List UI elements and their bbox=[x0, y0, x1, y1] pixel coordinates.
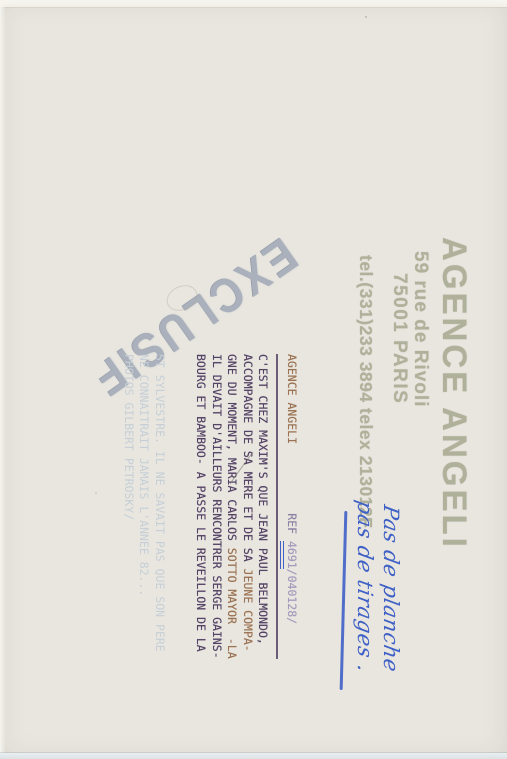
paper-edge-left bbox=[0, 0, 6, 759]
typed-text-segment: IL DEVAIT D'AILLEURS RENCONTRER SERGE GA… bbox=[210, 354, 224, 659]
typed-line: IL DEVAIT D'AILLEURS RENCONTRER SERGE GA… bbox=[209, 354, 225, 662]
typed-line: ACCOMPAGNE DE SA MERE ET DE SA JEUNE COM… bbox=[240, 354, 256, 662]
typed-text-segment: SOTTO MAYOR -LA bbox=[226, 548, 240, 659]
typed-separator-rule bbox=[277, 354, 279, 659]
typed-caption-block: AGENCE ANGELI REF 4691/040128/C'EST CHEZ… bbox=[148, 354, 330, 662]
typed-text-segment: /040128/ bbox=[285, 569, 299, 624]
typed-line: ST SYLVESTRE. IL NE SAVAIT PAS QUE SON P… bbox=[152, 354, 168, 662]
ref-number-underlined: 4691 bbox=[280, 541, 299, 569]
agency-stamp-city: 75001 PARIS bbox=[389, 273, 410, 525]
agency-stamp-phone: tel.(331)233 3894 telex 213012F bbox=[356, 255, 375, 525]
typed-text-segment: JEUNE COMPA- bbox=[241, 569, 255, 652]
typed-text-segment bbox=[285, 444, 299, 513]
typed-text-segment: C'EST CHEZ MAXIM'S QUE JEAN PAUL BELMOND… bbox=[257, 354, 271, 645]
photo-back-paper: EXCLUSIF AGENCE ANGELI 59 rue de Rivoli … bbox=[0, 0, 507, 759]
agency-stamp-name: AGENCE ANGELI bbox=[436, 237, 473, 525]
typed-text-segment: ACCOMPAGNE DE SA MERE ET DE SA bbox=[241, 354, 255, 569]
paper-edge-bottom bbox=[0, 753, 507, 759]
typed-line: BOURG ET BAMBOO- A PASSE LE REVEILLON DE… bbox=[193, 354, 209, 662]
typed-text-segment: GNE DU MOMENT, MARIA CARLOS bbox=[226, 354, 240, 548]
handwritten-line-1: Pas de planche bbox=[378, 503, 404, 673]
dust-speck bbox=[362, 622, 364, 624]
typed-lines: AGENCE ANGELI REF 4691/040128/C'EST CHEZ… bbox=[121, 354, 300, 662]
typed-line: PHOTOS GILBERT PETROSKY/ bbox=[121, 354, 137, 662]
typed-text-segment: BOURG ET BAMBOO- A PASSE LE REVEILLON DE… bbox=[195, 354, 209, 652]
typed-text-segment: REF bbox=[285, 513, 299, 541]
typed-text-segment: ST SYLVESTRE. IL NE SAVAIT PAS QUE SON P… bbox=[153, 354, 167, 652]
typed-header: AGENCE ANGELI REF 4691/040128/ bbox=[284, 354, 300, 662]
typed-text-segment: NE CONNAITRAIT JAMAIS L'ANNEE 82... bbox=[138, 354, 152, 596]
paper-edge-top bbox=[0, 0, 507, 7]
typed-line: C'EST CHEZ MAXIM'S QUE JEAN PAUL BELMOND… bbox=[255, 354, 271, 662]
typed-text-segment: PHOTOS GILBERT PETROSKY/ bbox=[122, 354, 136, 520]
handwritten-note-text: Pas de planche pas de tirages . bbox=[352, 498, 404, 672]
agency-stamp-street: 59 rue de Rivoli bbox=[410, 251, 431, 525]
agency-address-stamp: AGENCE ANGELI 59 rue de Rivoli 75001 PAR… bbox=[343, 233, 475, 525]
dust-speck bbox=[95, 492, 97, 494]
dust-speck bbox=[365, 16, 367, 18]
typed-line: GNE DU MOMENT, MARIA CARLOS SOTTO MAYOR … bbox=[224, 354, 240, 662]
handwritten-line-2: pas de tirages . bbox=[352, 498, 378, 668]
handwritten-note: Pas de planche pas de tirages . bbox=[346, 503, 404, 668]
typed-text-segment: AGENCE ANGELI bbox=[285, 354, 299, 444]
typed-line: NE CONNAITRAIT JAMAIS L'ANNEE 82... bbox=[136, 354, 152, 662]
